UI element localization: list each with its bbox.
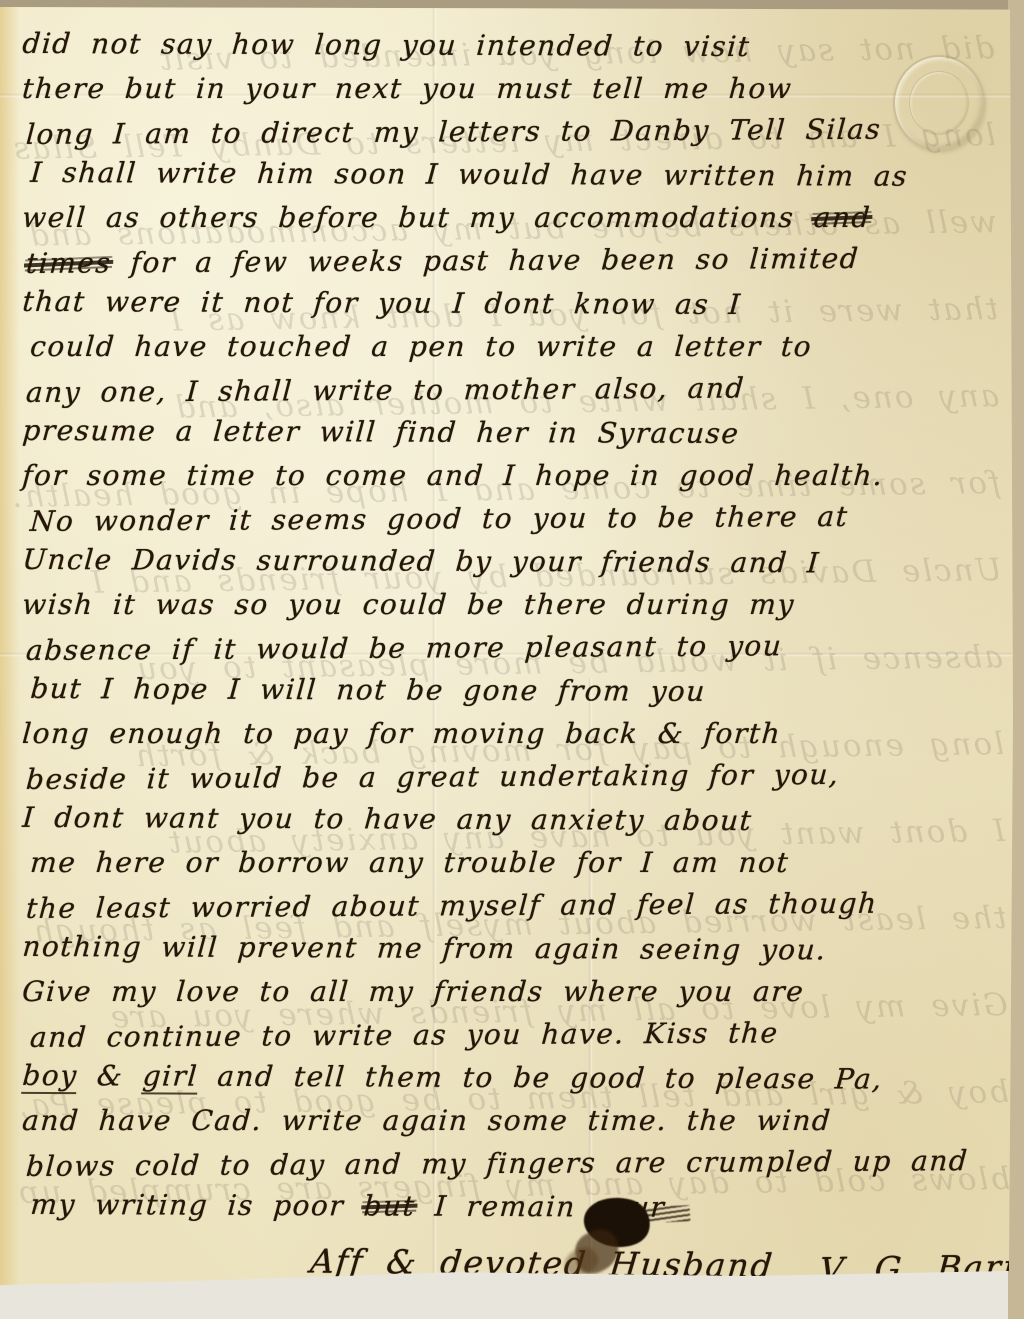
letter-text: & [76,1059,144,1092]
letter-line: beside it would be a great undertaking f… [24,757,988,806]
letter-line: presume a letter will find her in Syracu… [21,414,989,461]
letter-text: No wonder it seems good to you to be the… [29,500,849,538]
letter-text: for a few weeks past have been so limite… [110,242,860,280]
letter-text: long enough to pay for moving back & for… [21,717,782,750]
letter-text: Uncle Davids surrounded by your friends … [21,543,821,579]
letter-line: could have touched a pen to write a lett… [28,330,988,373]
letter-text: Give my love to all my friends where you… [21,975,805,1008]
letter-line: but I hope I will not be gone from you [29,672,989,719]
letter-text: but I hope I will not be gone from you [29,672,707,708]
letter-body: did not say how long you intended to vis… [22,29,987,1233]
signature: V, G, Barney [814,1246,1024,1294]
letter-text: I dont want you to have any anxiety abou… [21,801,753,837]
letter-line: nothing will prevent me from again seein… [21,930,989,977]
letter-line: times for a few weeks past have been so … [24,241,988,290]
letter-line: long enough to pay for moving back & for… [20,717,988,760]
letter-text: for some time to come and I hope in good… [21,459,884,492]
letter-text: my writing is poor [29,1188,365,1222]
letter-line: any one, I shall write to mother also, a… [24,370,988,419]
letter-text: nothing will prevent me from again seein… [21,930,828,967]
letter-text: boy [21,1059,79,1094]
letter-text: and have Cad. write again some time. the… [21,1104,832,1137]
struck-word: but [362,1189,416,1222]
letter-line: for some time to come and I hope in good… [20,459,988,502]
letter-text: and continue to write as you have. Kiss … [29,1016,780,1054]
letter-text: absence if it would be more pleasant to … [25,629,783,667]
letter-text: could have touched a pen to write a lett… [29,330,813,363]
letter-line: there but in your next you must tell me … [20,72,988,115]
letter-line: well as others before but my accommodati… [20,201,988,244]
letter-line: Uncle Davids surrounded by your friends … [21,543,989,590]
letter-text: girl [141,1059,199,1094]
letter-line: Give my love to all my friends where you… [20,975,988,1018]
letter-line: I shall write him soon I would have writ… [29,156,989,203]
letter-text: blows cold to day and my fingers are cru… [25,1144,969,1183]
letter-text: beside it would be a great undertaking f… [25,758,840,796]
struck-word: times [25,246,112,280]
letter-text: there but in your next you must tell me … [21,72,793,105]
letter-text: the least worried about myself and feel … [25,887,879,925]
letter-text: me here or borrow any trouble for I am n… [29,846,790,879]
letter-text: long I am to direct my letters to Danby … [25,113,882,151]
letter-text: that were it not for you I dont know as … [21,285,742,321]
letter-line: I dont want you to have any anxiety abou… [21,801,989,848]
letter-text: I shall write him soon I would have writ… [29,156,909,193]
letter-line: and continue to write as you have. Kiss … [28,1015,988,1064]
letter-line: boy & girl and tell them to be good to p… [21,1059,989,1106]
letter-page: did not say how long you intended to vis… [0,7,1013,1298]
letter-text: presume a letter will find her in Syracu… [21,414,740,450]
ink-blot [556,1189,686,1279]
letter-line: absence if it would be more pleasant to … [24,628,988,677]
letter-line: my writing is poor but I remain your [29,1188,989,1235]
letter-line: did not say how long you intended to vis… [21,27,989,74]
letter-line: blows cold to day and my fingers are cru… [24,1144,988,1193]
letter-line: the least worried about myself and feel … [24,886,988,935]
letter-text: did not say how long you intended to vis… [21,27,751,63]
letter-text: well as others before but my accommodati… [21,201,815,234]
letter-line: that were it not for you I dont know as … [21,285,989,332]
letter-line: No wonder it seems good to you to be the… [28,499,988,548]
letter-line: and have Cad. write again some time. the… [20,1104,988,1147]
letter-line: wish it was so you could be there during… [20,588,988,631]
letter-text: any one, I shall write to mother also, a… [25,372,746,409]
letter-line: long I am to direct my letters to Danby … [24,112,988,161]
struck-word: and [813,201,872,234]
letter-line: me here or borrow any trouble for I am n… [28,846,988,889]
closing-phrase: Aff & devoted Husband [309,1241,776,1285]
letter-text: and tell them to be good to please Pa, [197,1060,884,1096]
letter-text: wish it was so you could be there during… [21,588,796,621]
